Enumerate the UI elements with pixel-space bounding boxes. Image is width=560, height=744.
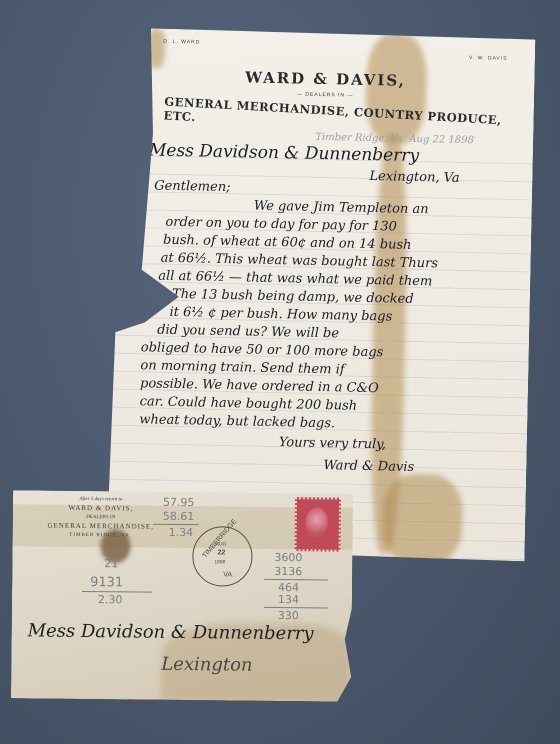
envelope-addressee: Mess Davidson & Dunnenberry: [28, 620, 314, 644]
pencil-figure: 58.61: [163, 510, 195, 523]
postmark-month: AUG: [216, 541, 227, 547]
salutation: Gentlemen;: [154, 178, 231, 195]
postmark-state: VA.: [223, 571, 234, 578]
closing: Yours very truly,: [279, 435, 386, 452]
pencil-figure: 21: [104, 557, 118, 570]
envelope-city: Lexington: [161, 654, 253, 676]
pencil-figure: 1.34: [169, 526, 194, 539]
pencil-figure: 330: [278, 609, 299, 622]
washington-portrait-icon: [306, 507, 328, 537]
addressee-city: Lexington, Va: [369, 169, 459, 186]
pencil-figure: 9131: [90, 575, 123, 590]
postmark: TIMBERRIDGE AUG 22 1898 VA.: [192, 526, 253, 587]
postmark-day: 22: [217, 549, 225, 556]
signature: Ward & Davis: [323, 458, 414, 475]
partner-left: D. L. WARD: [163, 39, 200, 46]
return-address: After 5 days return to WARD & DAVIS, DEA…: [31, 494, 171, 540]
pencil-figure: 3600: [274, 551, 302, 564]
envelope: After 5 days return to WARD & DAVIS, DEA…: [11, 490, 353, 702]
pencil-figure: 57.95: [163, 496, 195, 509]
water-stain-corner: [147, 28, 166, 68]
postage-stamp: [294, 497, 341, 551]
pencil-figure: 2.30: [98, 593, 123, 606]
return-line: TIMBER RIDGE, VA.: [31, 530, 171, 540]
pencil-figure: 134: [278, 593, 299, 606]
pencil-figure: 3136: [274, 565, 302, 578]
partner-right: V. W. DAVIS: [469, 55, 508, 62]
postmark-year: 1898: [214, 559, 225, 565]
letter-sheet: D. L. WARD V. W. DAVIS WARD & DAVIS, — D…: [107, 28, 536, 562]
water-stain-bottom: [381, 473, 463, 565]
